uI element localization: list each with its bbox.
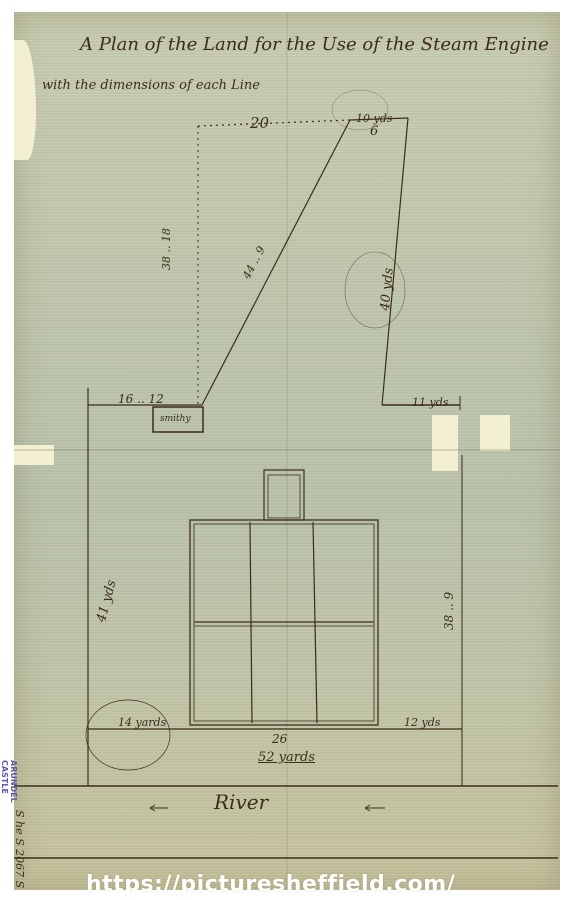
label-river: River (214, 790, 268, 814)
arundel-castle-stamp: ARUNDEL CASTLE MS. (0, 760, 18, 803)
label-bottom-right: 12 yds (404, 716, 440, 729)
land-plan-drawing (0, 0, 573, 900)
label-top-dotted: 20 (250, 114, 269, 132)
label-total-width: 52 yards (258, 750, 315, 765)
watermark-url: https://picturesheffield.com/ (86, 872, 455, 897)
label-left-step: 16 .. 12 (118, 392, 164, 406)
stamp-line-2: CASTLE (0, 760, 9, 803)
label-bottom-left: 14 yards (118, 716, 166, 729)
label-small-box: smithy (160, 414, 191, 424)
title-line-2: with the dimensions of each Line (42, 78, 260, 93)
label-top-right-feet: 6 (370, 124, 378, 139)
label-right-short: 11 yds (412, 396, 448, 409)
label-left-dotted: 38 .. 18 (160, 228, 173, 270)
label-right-side: 38 .. 9 (442, 592, 456, 630)
title-line-1: A Plan of the Land for the Use of the St… (80, 34, 549, 55)
stamp-line-1: ARUNDEL (9, 760, 18, 803)
label-bottom-middle: 26 (272, 732, 287, 746)
archive-reference: S he S 2067 S (13, 810, 26, 888)
